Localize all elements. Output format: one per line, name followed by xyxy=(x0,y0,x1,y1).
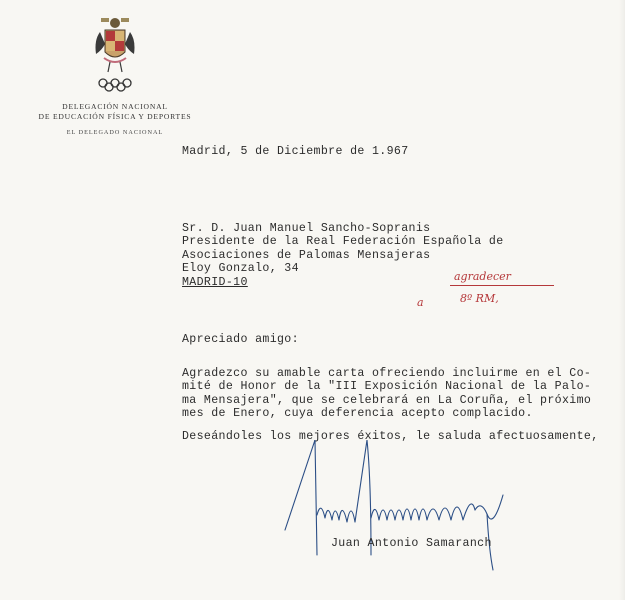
letter-date: Madrid, 5 de Diciembre de 1.967 xyxy=(182,145,409,158)
annotation-underline xyxy=(450,285,554,286)
salutation: Apreciado amigo: xyxy=(182,333,299,346)
body-paragraph: Agradezco su amable carta ofreciendo inc… xyxy=(182,367,591,421)
letterhead: Delegación Nacional de Educación Física … xyxy=(20,14,210,138)
recipient-name: Sr. D. Juan Manuel Sancho-Sopranis xyxy=(182,222,504,235)
spanish-coat-of-arms-icon xyxy=(92,14,138,76)
letterhead-subtitle: de Educación Física y Deportes xyxy=(20,112,210,122)
recipient-organization: Asociaciones de Palomas Mensajeras xyxy=(182,249,504,262)
olympic-rings-icon xyxy=(98,78,132,92)
letterhead-title: Delegación Nacional xyxy=(20,102,210,112)
signatory-name: Juan Antonio Samaranch xyxy=(331,537,492,550)
body-line: mité de Honor de la "III Exposición Naci… xyxy=(182,380,591,393)
body-line: ma Mensajera", que se celebrará en La Co… xyxy=(182,394,591,407)
annotation-line2: 8º RM, xyxy=(460,292,499,305)
body-line: Agradezco su amable carta ofreciendo inc… xyxy=(182,367,591,380)
recipient-title: Presidente de la Real Federación Español… xyxy=(182,235,504,248)
annotation-line1: agradecer xyxy=(454,270,511,283)
annotation-prefix: a xyxy=(417,296,424,309)
letterhead-office: El Delegado Nacional xyxy=(20,128,210,138)
handwritten-signature-icon xyxy=(275,440,535,580)
letter-page: Delegación Nacional de Educación Física … xyxy=(0,0,625,600)
body-line: mes de Enero, cuya deferencia acepto com… xyxy=(182,407,591,420)
handwritten-annotation: agradecer a 8º RM, xyxy=(410,268,560,318)
